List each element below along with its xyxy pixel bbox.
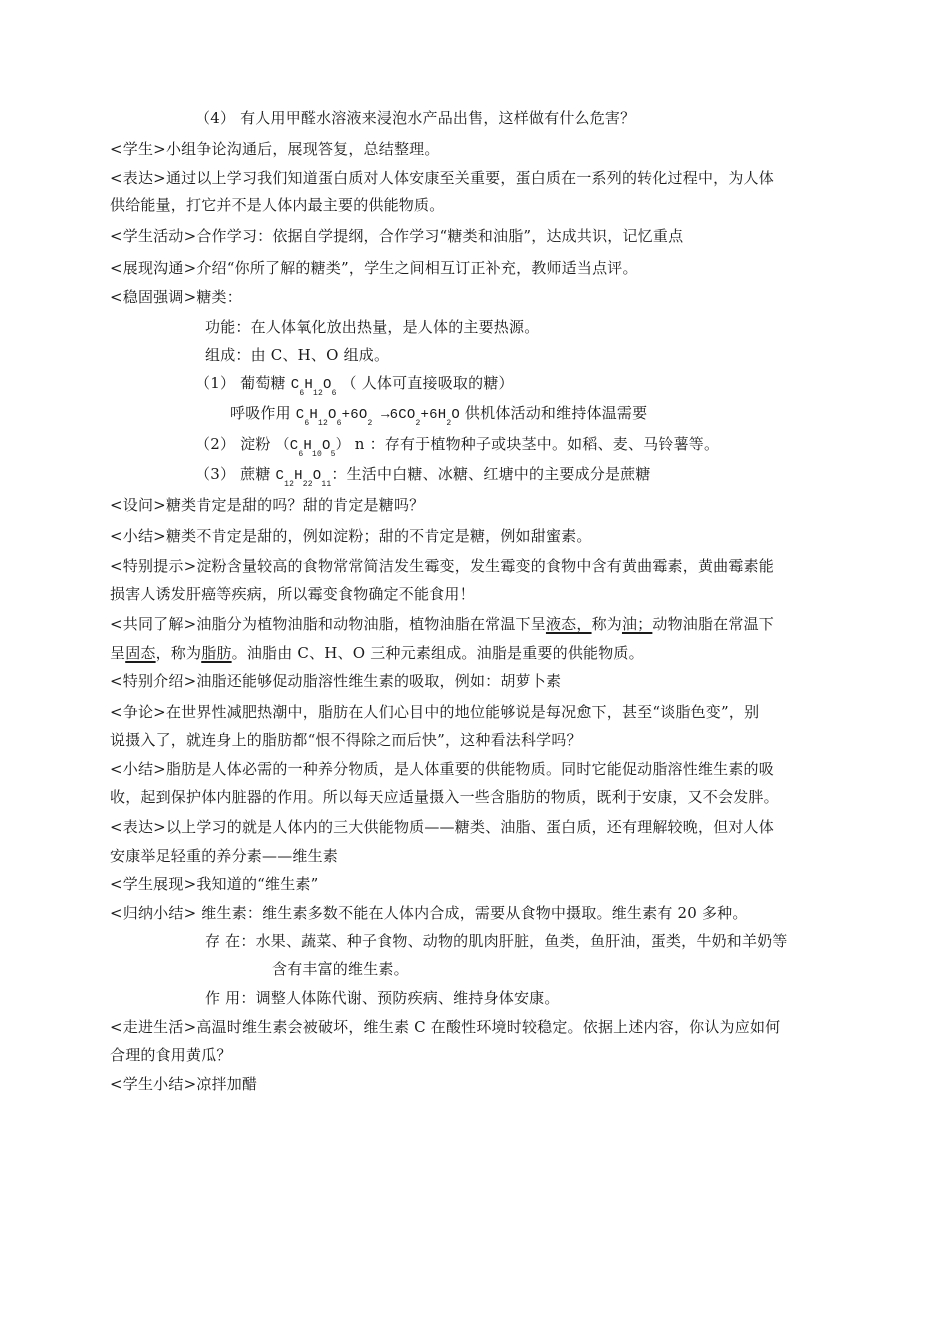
section-tag: <设问> xyxy=(110,496,166,514)
chemical-formula: C12H22O11 xyxy=(276,468,332,484)
item-description: n ：存有于植物种子或块茎中。如稻、麦、马铃薯等。 xyxy=(355,435,719,453)
equation-label: 呼吸作用 xyxy=(230,404,291,422)
section-tag: <小结> xyxy=(110,527,166,545)
section-tag: <表达> xyxy=(110,169,166,187)
paragraph-text: 合作学习：依据自学提纲，合作学习“糖类和油脂”，达成共识，记忆重点 xyxy=(196,227,683,245)
paragraph-continuation: 安康举足轻重的养分素——维生素 xyxy=(110,847,338,865)
paragraph-student-summary: <学生小结>凉拌加醋 xyxy=(110,1075,257,1093)
paragraph-continuation: 说摄入了，就连身上的脂肪都“恨不得除之而后快”，这种看法科学吗？ xyxy=(110,731,582,749)
underlined-term: 脂肪 xyxy=(201,644,231,662)
section-tag: <小结> xyxy=(110,760,166,778)
equation-description: 供机体活动和维持体温需要 xyxy=(465,404,647,422)
section-tag: <学生小结> xyxy=(110,1075,196,1093)
underlined-term: 液态， xyxy=(546,615,592,633)
paragraph-text: 以上学习的就是人体内的三大供能物质——糖类、油脂、蛋白质，还有理解较晚，但对人体 xyxy=(166,818,774,836)
paragraph-continuation: 呈固态，称为脂肪。油脂由 C、H、O 三种元素组成。油脂是重要的供能物质。 xyxy=(110,644,644,662)
section-tag: <表达> xyxy=(110,818,166,836)
starch-item: （2） 淀粉 （C6H10O5） n ：存有于植物种子或块茎中。如稻、麦、马铃薯… xyxy=(195,435,719,455)
paragraph-text: 通过以上学习我们知道蛋白质对人体安康至关重要，蛋白质在一系列的转化过程中，为人体 xyxy=(166,169,774,187)
chemical-equation: C6H12O6+6O2 →6CO2+6H2O xyxy=(296,407,460,423)
vitamin-function: 作 用：调整人体陈代谢、预防疾病、维持身体安康。 xyxy=(205,989,560,1007)
paragraph-text: 淀粉含量较高的食物常常简洁发生霉变，发生霉变的食物中含有黄曲霉素，黄曲霉素能 xyxy=(196,557,774,575)
paragraph-continuation: 损害人诱发肝癌等疾病，所以霉变食物确定不能食用！ xyxy=(110,585,475,603)
sucrose-item: （3） 蔗糖 C12H22O11：生活中白糖、冰糖、红塘中的主要成分是蔗糖 xyxy=(195,465,651,485)
paragraph-summary: <小结>糖类不肯定是甜的，例如淀粉；甜的不肯定是糖，例如甜蜜素。 xyxy=(110,527,592,545)
paragraph-text: 糖类： xyxy=(196,288,242,306)
item-number: （2） xyxy=(195,435,235,453)
paragraph-text: 油脂还能够促动脂溶性维生素的吸取，例如：胡萝卜素 xyxy=(196,672,561,690)
paragraph-text: 糖类肯定是甜的吗？甜的肯定是糖吗？ xyxy=(166,496,424,514)
section-tag: <学生展现> xyxy=(110,875,196,893)
item-name: 淀粉 xyxy=(240,435,270,453)
vitamin-sources: 存 在：水果、蔬菜、种子食物、动物的肌肉肝脏，鱼类，鱼肝油，蛋类，牛奶和羊奶等 xyxy=(205,932,788,950)
underlined-term: 油； xyxy=(622,615,652,633)
paragraph-common-knowledge: <共同了解>油脂分为植物油脂和动物油脂，植物油脂在常温下呈液态，称为油；动物油脂… xyxy=(110,615,774,633)
paragraph-text: 维生素：维生素多数不能在人体内合成，需要从食物中摄取。维生素有 20 多种。 xyxy=(196,904,747,922)
paragraph-debate: <争论>在世界性减肥热潮中，脂肪在人们心目中的地位能够说是每况愈下，甚至“谈脂色… xyxy=(110,703,759,721)
paragraph-text: 凉拌加醋 xyxy=(196,1075,257,1093)
section-tag: <归纳小结> xyxy=(110,904,196,922)
paragraph-expression-1: <表达>通过以上学习我们知道蛋白质对人体安康至关重要，蛋白质在一系列的转化过程中… xyxy=(110,169,774,187)
paragraph-text: 介绍“你所了解的糖类”，学生之间相互订正补充，教师适当点评。 xyxy=(196,259,637,277)
paragraph-text: 脂肪是人体必需的一种养分物质，是人体重要的供能物质。同时它能促动脂溶性维生素的吸 xyxy=(166,760,774,778)
item-name: 蔗糖 xyxy=(240,465,270,483)
respiration-equation: 呼吸作用 C6H12O6+6O2 →6CO2+6H2O 供机体活动和维持体温需要 xyxy=(230,404,647,424)
underlined-term: 固态 xyxy=(125,644,155,662)
section-tag: <走进生活> xyxy=(110,1018,196,1036)
paragraph-consolidation: <稳固强调>糖类： xyxy=(110,288,242,306)
section-tag: <争论> xyxy=(110,703,166,721)
item-description: （ 人体可直接吸取的糖） xyxy=(342,374,514,392)
paragraph-into-life: <走进生活>高温时维生素会被破坏，维生素 C 在酸性环境时较稳定。依据上述内容，… xyxy=(110,1018,780,1036)
chemical-formula: C6H12O6 xyxy=(291,377,337,393)
section-tag: <特别介绍> xyxy=(110,672,196,690)
section-tag: <稳固强调> xyxy=(110,288,196,306)
paragraph-student: <学生>小组争论沟通后，展现答复，总结整理。 xyxy=(110,140,440,158)
paragraph-text: 糖类不肯定是甜的，例如淀粉；甜的不肯定是糖，例如甜蜜素。 xyxy=(166,527,592,545)
section-tag: <学生活动> xyxy=(110,227,196,245)
vitamin-sources-continuation: 含有丰富的维生素。 xyxy=(272,960,409,978)
paragraph-special-tip: <特别提示>淀粉含量较高的食物常常简洁发生霉变，发生霉变的食物中含有黄曲霉素，黄… xyxy=(110,557,774,575)
chemical-formula: （C6H10O5） xyxy=(276,438,350,454)
sugar-function: 功能：在人体氧化放出热量，是人体的主要热源。 xyxy=(205,318,539,336)
paragraph-expression-2: <表达>以上学习的就是人体内的三大供能物质——糖类、油脂、蛋白质，还有理解较晚，… xyxy=(110,818,774,836)
paragraph-continuation: 收，起到保护体内脏器的作用。所以每天应适量摄入一些含脂肪的物质，既利于安康，又不… xyxy=(110,788,779,806)
paragraph-special-intro: <特别介绍>油脂还能够促动脂溶性维生素的吸取，例如：胡萝卜素 xyxy=(110,672,561,690)
item-number: （1） xyxy=(195,374,235,392)
paragraph-continuation: 合理的食用黄瓜？ xyxy=(110,1046,232,1064)
section-tag: <共同了解> xyxy=(110,615,196,633)
paragraph-text: 小组争论沟通后，展现答复，总结整理。 xyxy=(166,140,440,158)
paragraph-text: 我知道的“维生素” xyxy=(196,875,318,893)
paragraph-summary-fat: <小结>脂肪是人体必需的一种养分物质，是人体重要的供能物质。同时它能促动脂溶性维… xyxy=(110,760,774,778)
paragraph-student-activity: <学生活动>合作学习：依据自学提纲，合作学习“糖类和油脂”，达成共识，记忆重点 xyxy=(110,227,683,245)
paragraph-question: <设问>糖类肯定是甜的吗？甜的肯定是糖吗？ xyxy=(110,496,424,514)
section-tag: <展现沟通> xyxy=(110,259,196,277)
item-description: ：生活中白糖、冰糖、红塘中的主要成分是蔗糖 xyxy=(331,465,650,483)
paragraph-student-show: <学生展现>我知道的“维生素” xyxy=(110,875,318,893)
question-4: （4） 有人用甲醛水溶液来浸泡水产品出售，这样做有什么危害？ xyxy=(195,109,635,127)
sugar-composition: 组成：由 C、H、O 组成。 xyxy=(205,346,389,364)
section-tag: <学生> xyxy=(110,140,166,158)
section-tag: <特别提示> xyxy=(110,557,196,575)
item-name: 葡萄糖 xyxy=(240,374,286,392)
paragraph-presentation: <展现沟通>介绍“你所了解的糖类”，学生之间相互订正补充，教师适当点评。 xyxy=(110,259,638,277)
paragraph-continuation: 供给能量，打它并不是人体内最主要的供能物质。 xyxy=(110,196,444,214)
paragraph-text: 在世界性减肥热潮中，脂肪在人们心目中的地位能够说是每况愈下，甚至“谈脂色变”，别 xyxy=(166,703,759,721)
paragraph-induction: <归纳小结> 维生素：维生素多数不能在人体内合成，需要从食物中摄取。维生素有 2… xyxy=(110,904,748,922)
paragraph-text: 高温时维生素会被破坏，维生素 C 在酸性环境时较稳定。依据上述内容，你认为应如何 xyxy=(196,1018,780,1036)
item-number: （3） xyxy=(195,465,235,483)
glucose-item: （1） 葡萄糖 C6H12O6 （ 人体可直接吸取的糖） xyxy=(195,374,514,394)
